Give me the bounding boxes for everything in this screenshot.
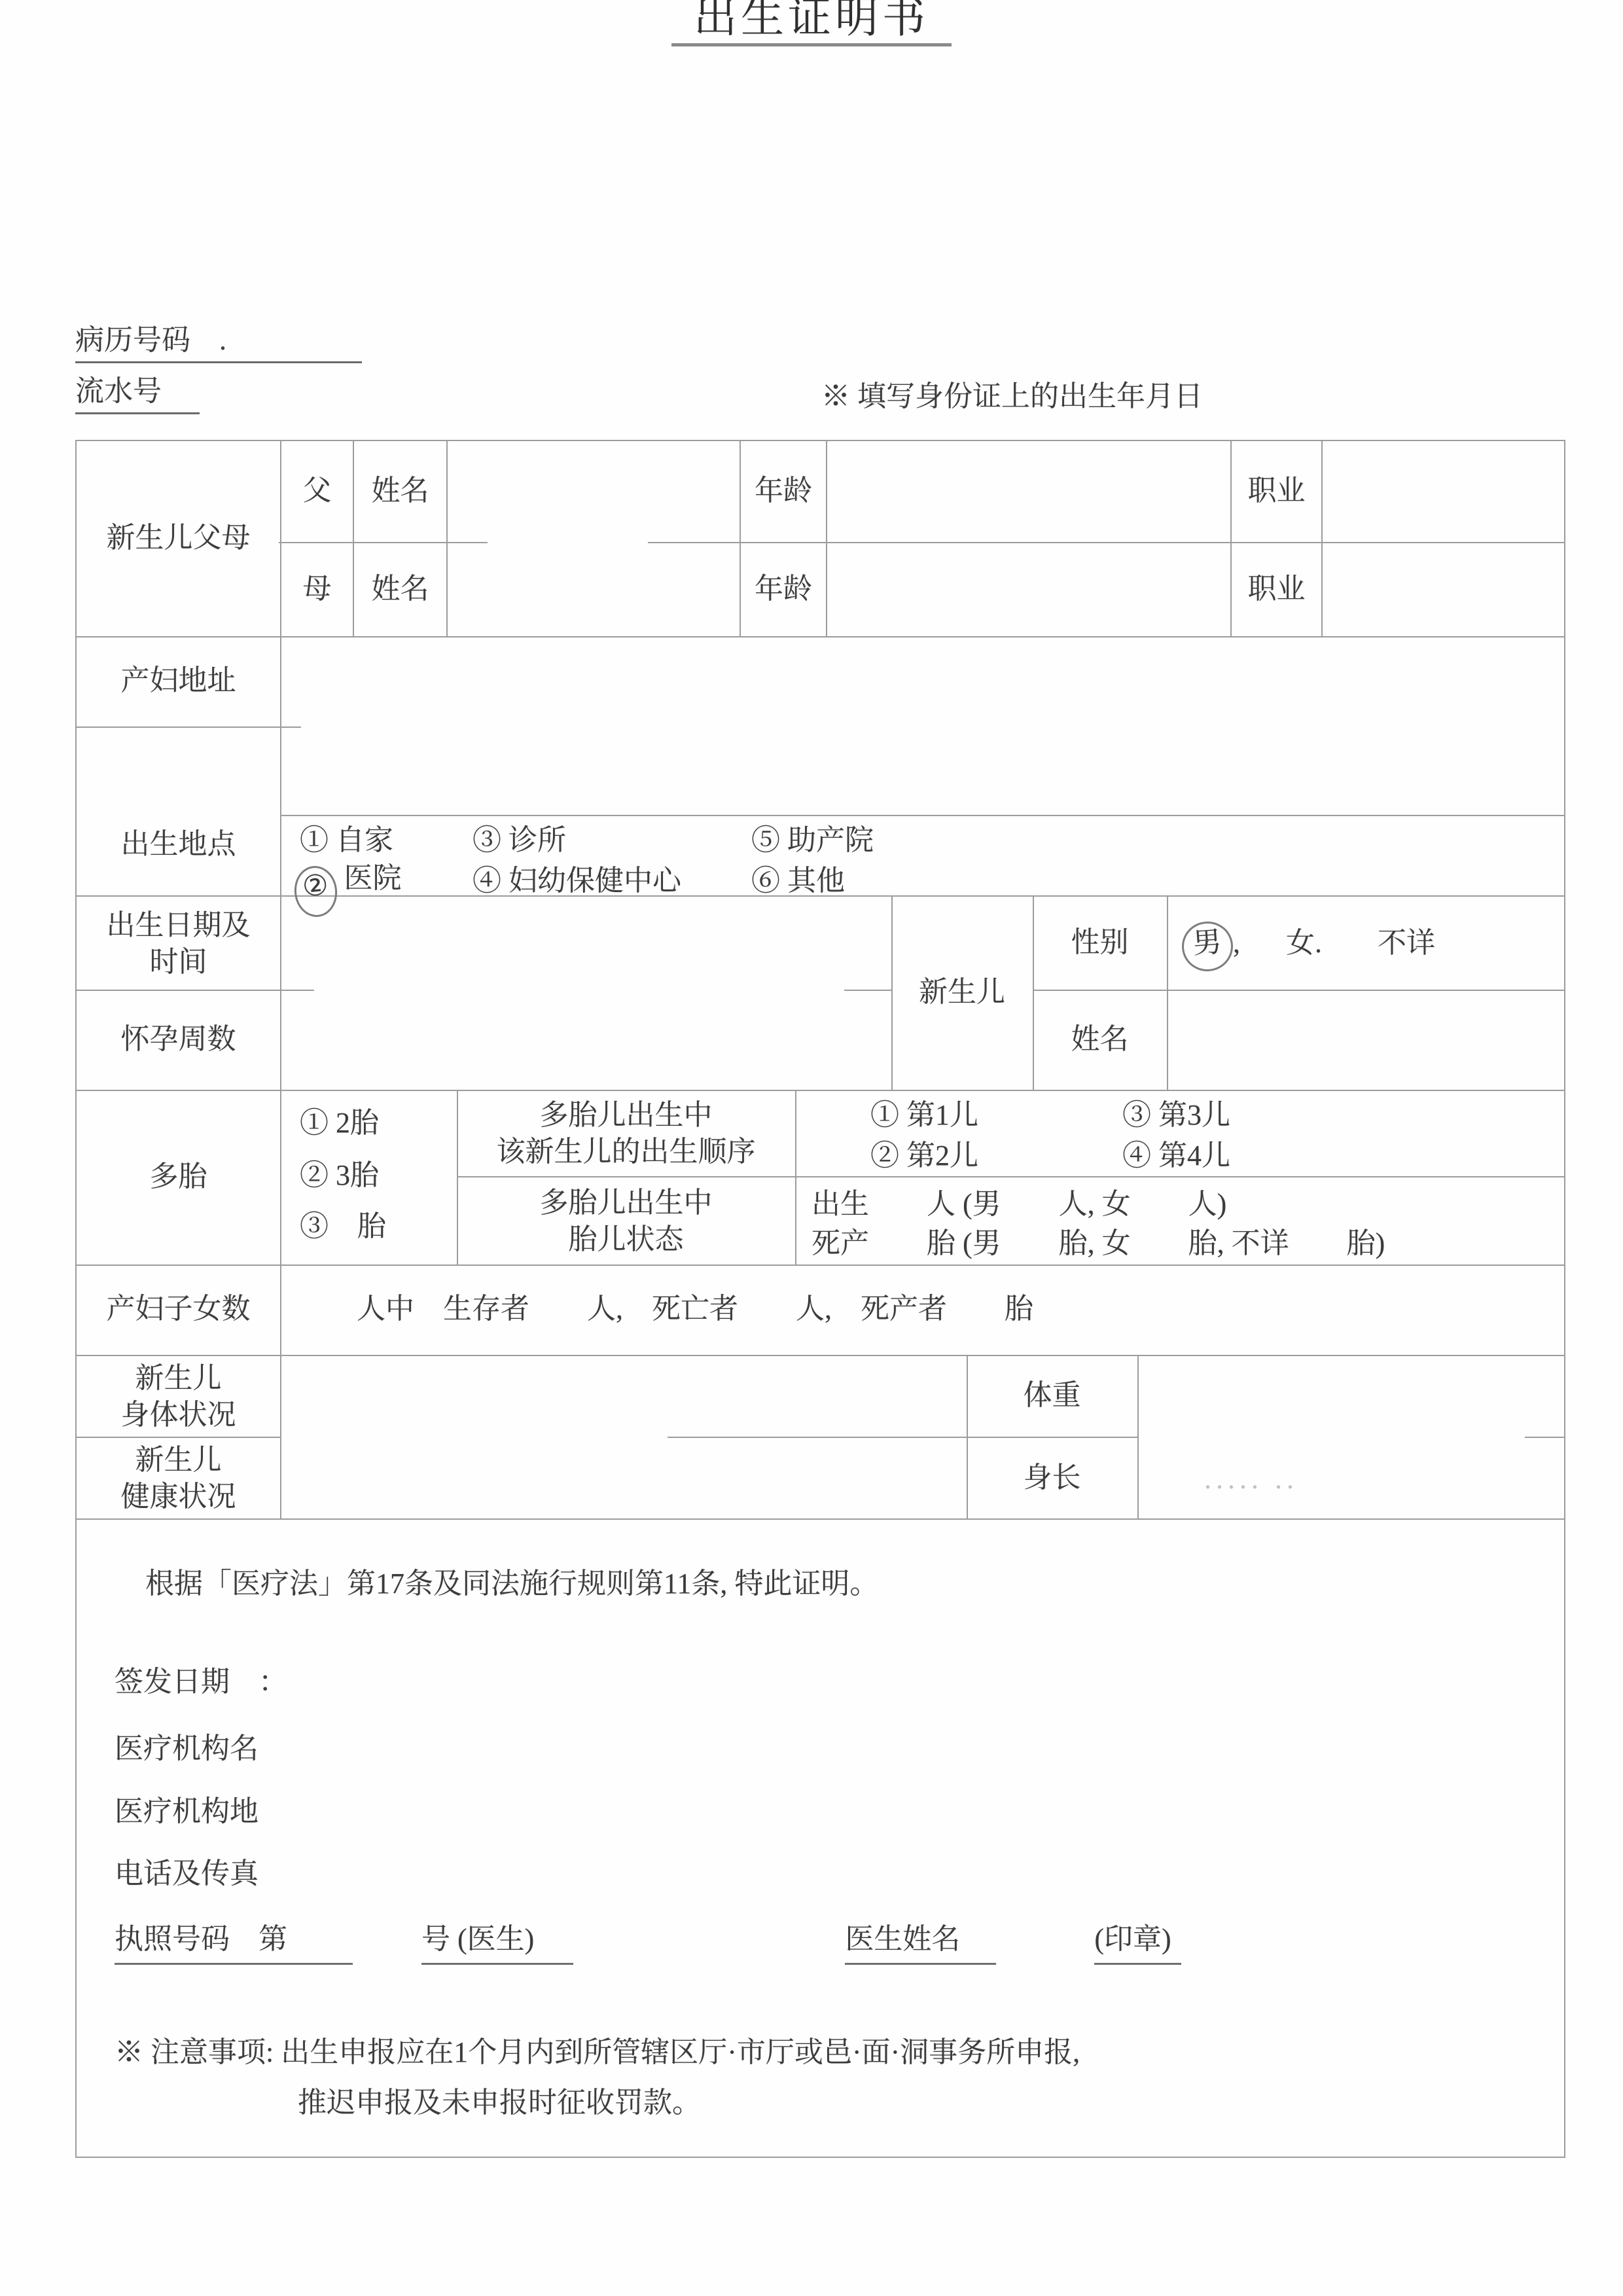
grid-line-h: [75, 1518, 1565, 1520]
grid-line-h: [75, 726, 301, 728]
seal-label: (印章): [1094, 1921, 1181, 1965]
id-birthdate-note: ※ 填写身份证上的出生年月日: [821, 378, 1203, 415]
father-name-label: 姓名: [353, 473, 448, 509]
institution-address-label: 医疗机构地: [115, 1793, 259, 1830]
grid-line-h: [75, 2157, 1565, 2158]
order-option-1: ① 第1儿: [870, 1097, 978, 1134]
grid-line-h: [75, 1265, 1565, 1266]
father-job-label: 职业: [1230, 473, 1323, 509]
page-title-text: 出生证明书: [694, 0, 929, 42]
serial-number-field: 流水号: [75, 373, 200, 414]
hospital-selection-circle-mark: ②: [292, 864, 340, 919]
sex-male-comma: ,: [1233, 927, 1240, 959]
grid-line-v: [795, 1090, 796, 1265]
height-faint-marks: ..... ..: [1204, 1461, 1298, 1498]
father-label: 父: [280, 473, 354, 509]
mother-address-label: 产妇地址: [75, 662, 281, 699]
grid-line-h: [75, 990, 314, 991]
multi-fetal-status-label: 多胎儿出生中 胎儿状态: [457, 1185, 795, 1258]
sex-option-unknown: 不详: [1378, 927, 1435, 959]
mother-label: 母: [280, 571, 354, 607]
multi-fetal-status-label-line1: 多胎儿出生中: [457, 1185, 795, 1221]
children-count-label: 产妇子女数: [75, 1291, 281, 1327]
multi-option-3: ② 3胎: [300, 1157, 379, 1194]
newborn-sex-label: 性别: [1033, 924, 1167, 961]
notice-line2: 推迟申报及未申报时征收罚款。: [298, 2085, 701, 2121]
male-selection-circle-mark: 男: [1180, 920, 1234, 973]
newborn-name-label: 姓名: [1033, 1021, 1167, 1058]
newborn-sex-options: 男,女.不详: [1182, 922, 1435, 971]
order-option-3: ③ 第3儿: [1122, 1097, 1230, 1134]
birthplace-label: 出生地点: [75, 826, 281, 863]
grid-line-h: [279, 542, 488, 543]
multi-option-blank: ③ 胎: [300, 1208, 386, 1245]
serial-number-label: 流水号: [75, 375, 162, 407]
notice-line1: ※ 注意事项: 出生申报应在1个月内到所管辖区厅·市厅或邑·面·洞事务所申报,: [115, 2034, 1080, 2071]
grid-line-h: [1033, 990, 1565, 991]
birthdate-label: 出生日期及 时间: [75, 907, 281, 980]
birthplace-option-other: ⑥ 其他: [751, 863, 845, 899]
license-row: 执照号码 第号 (医生)医生姓名(印章): [115, 1921, 1181, 1965]
grid-line-h: [844, 990, 891, 991]
grid-line-h: [457, 1176, 1565, 1177]
birthplace-option-hospital: ②医院: [294, 860, 401, 917]
grid-line-v: [1137, 1355, 1139, 1518]
newborn-body-state-label: 新生儿 身体状况: [75, 1360, 281, 1433]
birthplace-option-midwifery: ⑤ 助产院: [751, 822, 874, 859]
newborn-health-state-label-line2: 健康状况: [75, 1479, 281, 1515]
birthdate-label-line2: 时间: [75, 944, 281, 980]
mother-age-label: 年龄: [740, 571, 827, 607]
birthplace-option-hospital-text: 医院: [344, 862, 401, 894]
multiple-births-label: 多胎: [75, 1158, 281, 1195]
grid-line-h: [1525, 1437, 1565, 1438]
grid-line-h: [75, 1090, 1565, 1091]
grid-line-v: [1167, 895, 1168, 1090]
birthdate-label-line1: 出生日期及: [75, 907, 281, 944]
grid-line-h: [668, 1437, 1137, 1438]
newborn-label: 新生儿: [891, 974, 1033, 1011]
multi-birth-order-label-line2: 该新生儿的出生顺序: [457, 1134, 795, 1170]
license-number-label: 执照号码 第: [115, 1921, 353, 1965]
multi-fetal-status-label-line2: 胎儿状态: [457, 1221, 795, 1258]
grid-line-h: [281, 815, 1565, 816]
doctor-name-label: 医生姓名: [845, 1921, 996, 1965]
sex-option-male: 男: [1192, 926, 1222, 960]
fetal-status-stillborn-line: 死产 胎 (男 胎, 女 胎, 不详 胎): [811, 1225, 1385, 1262]
license-number-suffix: 号 (医生): [421, 1921, 573, 1965]
multi-birth-order-label-line1: 多胎儿出生中: [457, 1097, 795, 1134]
father-age-label: 年龄: [740, 473, 827, 509]
birthplace-option-home: ① 自家: [300, 822, 393, 859]
order-option-4: ④ 第4儿: [1122, 1138, 1230, 1174]
mother-job-label: 职业: [1230, 571, 1323, 607]
grid-line-h: [75, 1355, 1565, 1356]
newborn-health-state-label-line1: 新生儿: [75, 1442, 281, 1479]
newborn-health-state-label: 新生儿 健康状况: [75, 1442, 281, 1515]
sex-option-female: 女.: [1286, 927, 1322, 959]
multi-birth-order-label: 多胎儿出生中 该新生儿的出生顺序: [457, 1097, 795, 1170]
institution-name-label: 医疗机构名: [115, 1731, 259, 1767]
mother-name-label: 姓名: [353, 571, 448, 607]
parents-row-label: 新生儿父母: [75, 520, 281, 556]
phone-fax-label: 电话及传真: [115, 1856, 259, 1892]
multi-option-2: ① 2胎: [300, 1105, 379, 1141]
birthplace-option-clinic: ③ 诊所: [473, 822, 566, 859]
newborn-body-state-label-line2: 身体状况: [75, 1397, 281, 1433]
grid-line-h: [648, 542, 1565, 543]
grid-line-h: [75, 636, 1565, 637]
fetal-status-born-line: 出生 人 (男 人, 女 人): [811, 1186, 1226, 1223]
birthplace-option-mch-center: ④ 妇幼保健中心: [473, 863, 681, 899]
certification-statement: 根据「医疗法」第17条及同法施行规则第11条, 特此证明。: [145, 1566, 878, 1602]
issue-date-label: 签发日期 ：: [115, 1664, 287, 1700]
height-label: 身长: [967, 1460, 1137, 1496]
gestation-weeks-label: 怀孕周数: [75, 1021, 281, 1058]
grid-line-h: [75, 1437, 281, 1438]
page-title: 出生证明书: [0, 0, 1623, 46]
newborn-body-state-label-line1: 新生儿: [75, 1360, 281, 1397]
order-option-2: ② 第2儿: [870, 1138, 978, 1174]
medical-record-number-label: 病历号码 .: [75, 324, 226, 356]
children-count-line: 人中 生存者 人, 死亡者 人, 死产者 胎: [357, 1291, 1033, 1327]
birth-certificate-document: 出生证明书 病历号码 . 流水号 ※ 填写身份证上的出生年月日 新生儿父母 父 …: [0, 0, 1623, 2296]
weight-label: 体重: [967, 1377, 1137, 1414]
grid-line-h: [75, 440, 1565, 441]
birthplace-option-hospital-number: ②: [301, 869, 330, 903]
grid-line-v: [1564, 440, 1565, 2157]
medical-record-number-field: 病历号码 .: [75, 322, 362, 363]
